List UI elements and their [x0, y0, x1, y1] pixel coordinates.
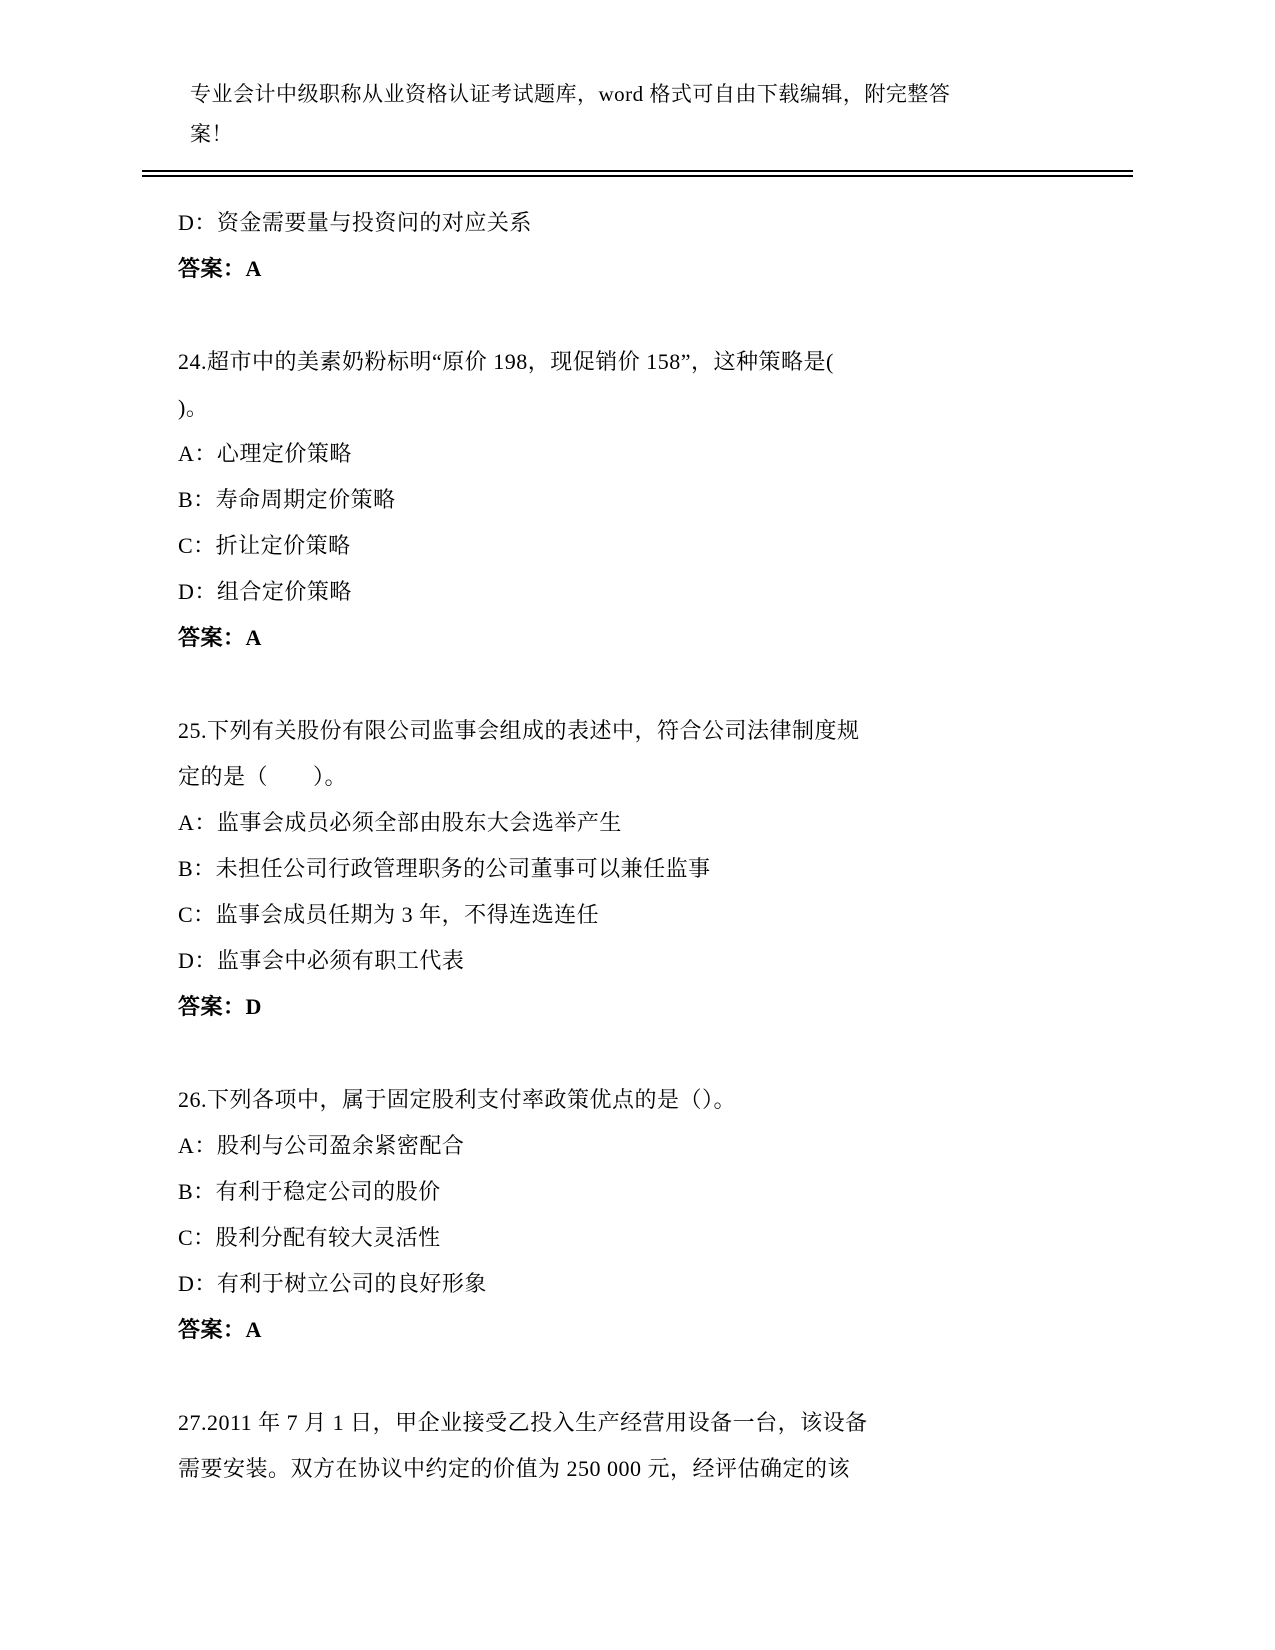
option-line: B：寿命周期定价策略	[178, 477, 1138, 523]
header-line: 专业会计中级职称从业资格认证考试题库，word 格式可自由下载编辑，附完整答	[190, 74, 1133, 114]
option-line: A：心理定价策略	[178, 431, 1138, 477]
option-line: D：监事会中必须有职工代表	[178, 938, 1138, 984]
option-line: A：监事会成员必须全部由股东大会选举产生	[178, 800, 1138, 846]
question-block: 25.下列有关股份有限公司监事会组成的表述中，符合公司法律制度规定的是（ ）。A…	[178, 708, 1138, 1030]
question-continuation-block: D：资金需要量与投资问的对应关系答案：A	[178, 200, 1138, 292]
question-text-line: 24.超市中的美素奶粉标明“原价 198，现促销价 158”，这种策略是(	[178, 339, 1138, 385]
option-line: C：折让定价策略	[178, 523, 1138, 569]
option-line: D：组合定价策略	[178, 569, 1138, 615]
header-line: 案！	[190, 114, 1133, 154]
page-header: 专业会计中级职称从业资格认证考试题库，word 格式可自由下载编辑，附完整答案！	[142, 74, 1133, 177]
option-line: A：股利与公司盈余紧密配合	[178, 1123, 1138, 1169]
document-page: 专业会计中级职称从业资格认证考试题库，word 格式可自由下载编辑，附完整答案！…	[0, 0, 1275, 1650]
option-line: C：股利分配有较大灵活性	[178, 1215, 1138, 1261]
header-text: 专业会计中级职称从业资格认证考试题库，word 格式可自由下载编辑，附完整答案！	[142, 74, 1133, 154]
question-text-line: )。	[178, 385, 1138, 431]
option-line: C：监事会成员任期为 3 年，不得连选连任	[178, 892, 1138, 938]
question-text-line: 27.2011 年 7 月 1 日，甲企业接受乙投入生产经营用设备一台，该设备	[178, 1400, 1138, 1446]
option-line: B：有利于稳定公司的股价	[178, 1169, 1138, 1215]
question-block: 27.2011 年 7 月 1 日，甲企业接受乙投入生产经营用设备一台，该设备需…	[178, 1400, 1138, 1492]
question-text-line: 25.下列有关股份有限公司监事会组成的表述中，符合公司法律制度规	[178, 708, 1138, 754]
answer-line: 答案：A	[178, 1307, 1138, 1353]
question-text-line: 定的是（ ）。	[178, 754, 1138, 800]
document-content: D：资金需要量与投资问的对应关系答案：A24.超市中的美素奶粉标明“原价 198…	[178, 200, 1138, 1539]
option-line: B：未担任公司行政管理职务的公司董事可以兼任监事	[178, 846, 1138, 892]
question-text-line: 26.下列各项中，属于固定股利支付率政策优点的是（）。	[178, 1077, 1138, 1123]
answer-line: 答案：A	[178, 246, 1138, 292]
header-divider-rule	[142, 170, 1133, 177]
question-text-line: D：资金需要量与投资问的对应关系	[178, 200, 1138, 246]
answer-line: 答案：D	[178, 984, 1138, 1030]
option-line: D：有利于树立公司的良好形象	[178, 1261, 1138, 1307]
question-block: 24.超市中的美素奶粉标明“原价 198，现促销价 158”，这种策略是()。A…	[178, 339, 1138, 661]
question-block: 26.下列各项中，属于固定股利支付率政策优点的是（）。A：股利与公司盈余紧密配合…	[178, 1077, 1138, 1353]
question-text-line: 需要安装。双方在协议中约定的价值为 250 000 元，经评估确定的该	[178, 1446, 1138, 1492]
answer-line: 答案：A	[178, 615, 1138, 661]
